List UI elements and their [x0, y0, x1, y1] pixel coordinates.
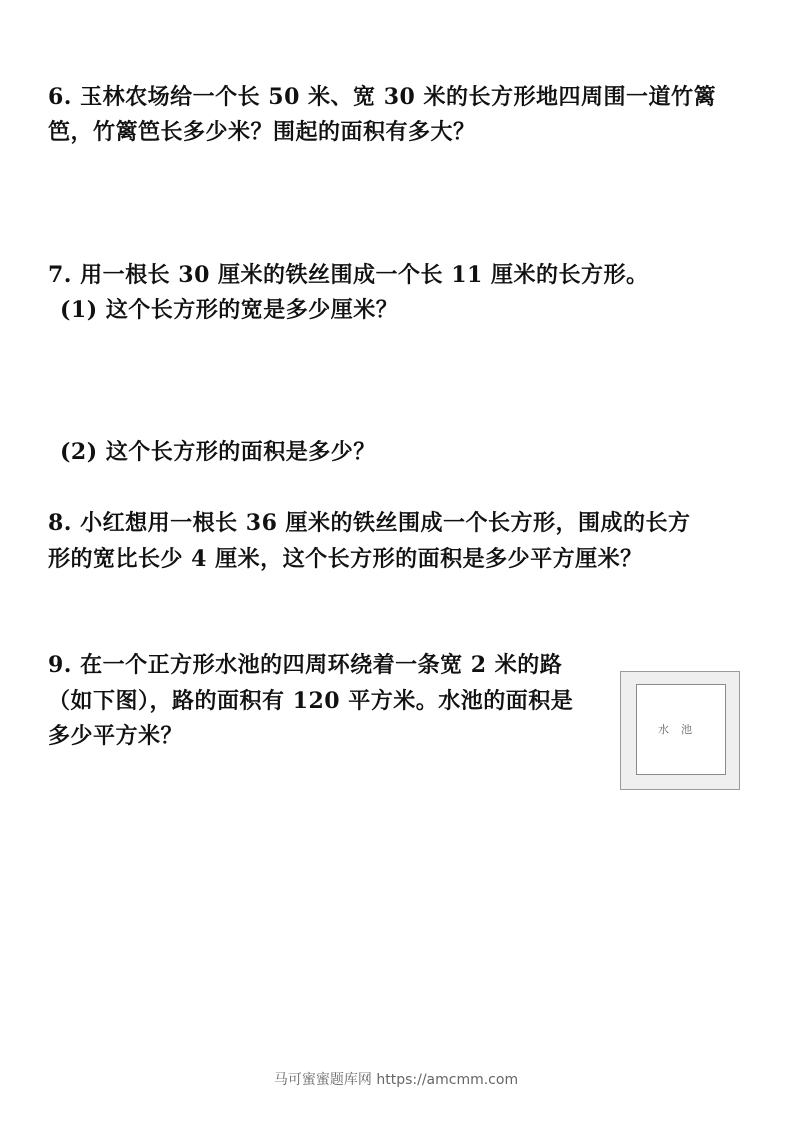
q8-line-2: 形的宽比长少 4 厘米，这个长方形的面积是多少平方厘米？ — [48, 544, 643, 574]
q9-line-2: （如下图），路的面积有 120 平方米。水池的面积是 — [48, 686, 573, 716]
q8-line-1: 8. 小红想用一根长 36 厘米的铁丝围成一个长方形，围成的长方 — [48, 508, 691, 538]
pond-diagram: 水池 — [620, 671, 740, 790]
q7-line-1: 7. 用一根长 30 厘米的铁丝围成一个长 11 厘米的长方形。 — [48, 260, 649, 290]
q7-sub-1: (1) 这个长方形的宽是多少厘米？ — [60, 295, 398, 325]
footer-watermark: 马可蜜蜜题库网 https://amcmm.com — [0, 1069, 792, 1089]
q7-sub-2: (2) 这个长方形的面积是多少？ — [60, 437, 376, 467]
q9-line-3: 多少平方米？ — [48, 721, 183, 751]
pond-label: 水池 — [637, 721, 725, 737]
q9-line-1: 9. 在一个正方形水池的四周环绕着一条宽 2 米的路 — [48, 650, 562, 680]
q6-line-1: 6. 玉林农场给一个长 50 米、宽 30 米的长方形地四周围一道竹篱 — [48, 82, 716, 112]
pond-inner-square: 水池 — [636, 684, 726, 775]
q6-line-2: 笆，竹篱笆长多少米？围起的面积有多大？ — [48, 117, 476, 147]
